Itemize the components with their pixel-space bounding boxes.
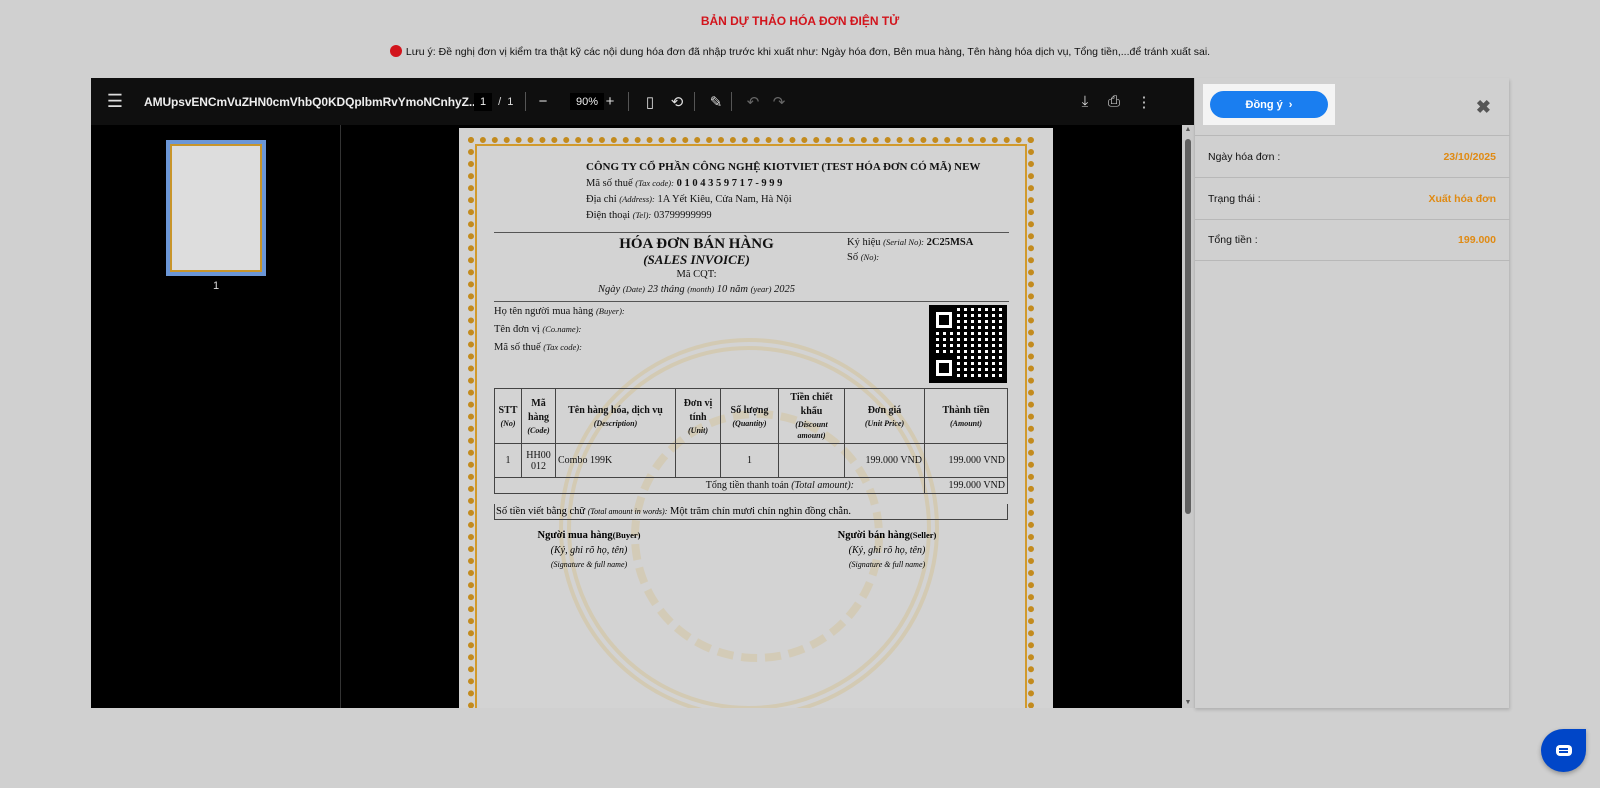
cell-description: Combo 199K <box>556 444 676 478</box>
page-title: BẢN DỰ THẢO HÓA ĐƠN ĐIỆN TỬ <box>0 14 1600 28</box>
zoom-in-icon[interactable]: + <box>599 78 621 125</box>
toolbar-divider <box>628 92 629 111</box>
column-header: Số lượng(Quantity) <box>721 389 779 444</box>
document-area: CÔNG TY CỔ PHẦN CÔNG NGHỆ KIOTVIET (TEST… <box>342 125 1175 708</box>
buyer-signature: Người mua hàng(Buyer) (Ký, ghi rõ họ, tê… <box>499 528 679 573</box>
table-header-row: STT(No) Mã hàng(Code) Tên hàng hóa, dịch… <box>495 389 1008 444</box>
invoice-serial: Ký hiệu (Serial No): 2C25MSA <box>847 237 973 248</box>
cell-amount: 199.000 VND <box>925 444 1008 478</box>
close-icon[interactable]: ✖ <box>1476 97 1491 118</box>
current-page-input[interactable]: 1 <box>474 93 492 111</box>
redo-icon[interactable]: ↷ <box>768 78 790 125</box>
thumbnail-sidebar: 1 <box>91 125 341 708</box>
company-name: CÔNG TY CỔ PHẦN CÔNG NGHỆ KIOTVIET (TEST… <box>586 161 980 173</box>
pdf-toolbar: ☰ AMUpsvENCmVuZHN0cmVhbQ0KDQplbmRvYmoNCn… <box>91 78 1194 125</box>
buyer-company: Tên đơn vị (Co.name): <box>494 324 581 335</box>
agree-button[interactable]: Đồng ý › <box>1210 91 1328 118</box>
column-header: Tên hàng hóa, dịch vụ(Description) <box>556 389 676 444</box>
field-status: Trạng thái : Xuất hóa đơn <box>1195 177 1510 219</box>
menu-icon[interactable]: ☰ <box>105 78 125 125</box>
more-options-icon[interactable]: ⋮ <box>1133 78 1155 125</box>
seller-signature: Người bán hàng(Seller) (Ký, ghi rõ họ, t… <box>797 528 977 573</box>
thumbnail-label: 1 <box>91 280 341 292</box>
divider-line <box>494 301 1009 302</box>
table-row: 1 HH00012 Combo 199K 1 199.000 VND 199.0… <box>495 444 1008 478</box>
total-label: Tổng tiền thanh toán (Total amount): <box>495 478 925 494</box>
download-icon[interactable]: ⤓ <box>1074 78 1096 125</box>
company-address: Địa chỉ (Address): 1A Yết Kiêu, Cửa Nam,… <box>586 194 792 205</box>
fit-page-icon[interactable]: ▯ <box>639 78 661 125</box>
chat-bubble-icon <box>1556 745 1572 756</box>
invoice-date: Ngày (Date) 23 tháng (month) 10 năm (yea… <box>459 284 934 295</box>
total-pages: 1 <box>507 96 513 108</box>
pdf-viewer: ☰ AMUpsvENCmVuZHN0cmVhbQ0KDQplbmRvYmoNCn… <box>91 78 1194 708</box>
total-row: Tổng tiền thanh toán (Total amount): 199… <box>495 478 1008 494</box>
cell-code: HH00012 <box>522 444 556 478</box>
document-scrollbar[interactable]: ▲ ▼ <box>1182 125 1194 708</box>
cell-unit <box>676 444 721 478</box>
undo-icon[interactable]: ↶ <box>742 78 764 125</box>
invoice-summary-panel: Đồng ý › ✖ Ngày hóa đơn : 23/10/2025 Trạ… <box>1194 78 1509 708</box>
page-thumbnail[interactable] <box>166 140 266 276</box>
notice-text: Lưu ý: Đề nghị đơn vị kiểm tra thật kỹ c… <box>406 46 1210 58</box>
warning-dot-icon <box>390 45 402 57</box>
column-header: Thành tiền(Amount) <box>925 389 1008 444</box>
column-header: Đơn vị tính(Unit) <box>676 389 721 444</box>
cell-quantity: 1 <box>721 444 779 478</box>
zoom-out-icon[interactable]: − <box>532 78 554 125</box>
scroll-up-icon[interactable]: ▲ <box>1182 125 1194 135</box>
invoice-number: Số (No): <box>847 252 879 263</box>
toolbar-divider <box>525 92 526 111</box>
field-invoice-date: Ngày hóa đơn : 23/10/2025 <box>1195 135 1510 177</box>
cell-no: 1 <box>495 444 522 478</box>
field-total: Tổng tiền : 199.000 <box>1195 219 1510 261</box>
rotate-icon[interactable]: ⟲ <box>666 78 688 125</box>
total-amount: 199.000 VND <box>925 478 1008 494</box>
agree-label: Đồng ý <box>1246 99 1283 111</box>
annotate-icon[interactable]: ✎ <box>705 78 727 125</box>
chevron-right-icon: › <box>1289 99 1293 111</box>
column-header: Đơn giá(Unit Price) <box>845 389 925 444</box>
buyer-name: Họ tên người mua hàng (Buyer): <box>494 306 625 317</box>
toolbar-divider <box>731 92 732 111</box>
invoice-cqt: Mã CQT: <box>459 269 934 280</box>
invoice-page: CÔNG TY CỔ PHẦN CÔNG NGHỆ KIOTVIET (TEST… <box>459 128 1053 708</box>
scrollbar-thumb[interactable] <box>1185 139 1191 514</box>
qr-code <box>929 305 1007 383</box>
scroll-down-icon[interactable]: ▼ <box>1182 698 1194 708</box>
invoice-items-table: STT(No) Mã hàng(Code) Tên hàng hóa, dịch… <box>494 388 1008 494</box>
buyer-tax-code: Mã số thuế (Tax code): <box>494 342 582 353</box>
column-header: Mã hàng(Code) <box>522 389 556 444</box>
toolbar-divider <box>694 92 695 111</box>
agree-button-wrap: Đồng ý › <box>1203 84 1335 125</box>
column-header: STT(No) <box>495 389 522 444</box>
company-phone: Điện thoại (Tel): 03799999999 <box>586 210 712 221</box>
cell-discount <box>779 444 845 478</box>
page-indicator: 1 / 1 <box>474 78 513 125</box>
document-name: AMUpsvENCmVuZHN0cmVhbQ0KDQplbmRvYmoNCnhy… <box>144 78 479 125</box>
chat-button[interactable] <box>1541 729 1586 772</box>
company-tax-code: Mã số thuế (Tax code): 0 1 0 4 3 5 9 7 1… <box>586 178 782 189</box>
cell-unit-price: 199.000 VND <box>845 444 925 478</box>
notice-banner: Lưu ý: Đề nghị đơn vị kiểm tra thật kỹ c… <box>0 45 1600 58</box>
page-separator: / <box>498 96 501 108</box>
divider-line <box>494 232 1009 233</box>
amount-in-words: Số tiền viết bằng chữ (Total amount in w… <box>494 504 1008 520</box>
column-header: Tiền chiết khấu(Discount amount) <box>779 389 845 444</box>
print-icon[interactable]: ⎙ <box>1103 78 1125 125</box>
